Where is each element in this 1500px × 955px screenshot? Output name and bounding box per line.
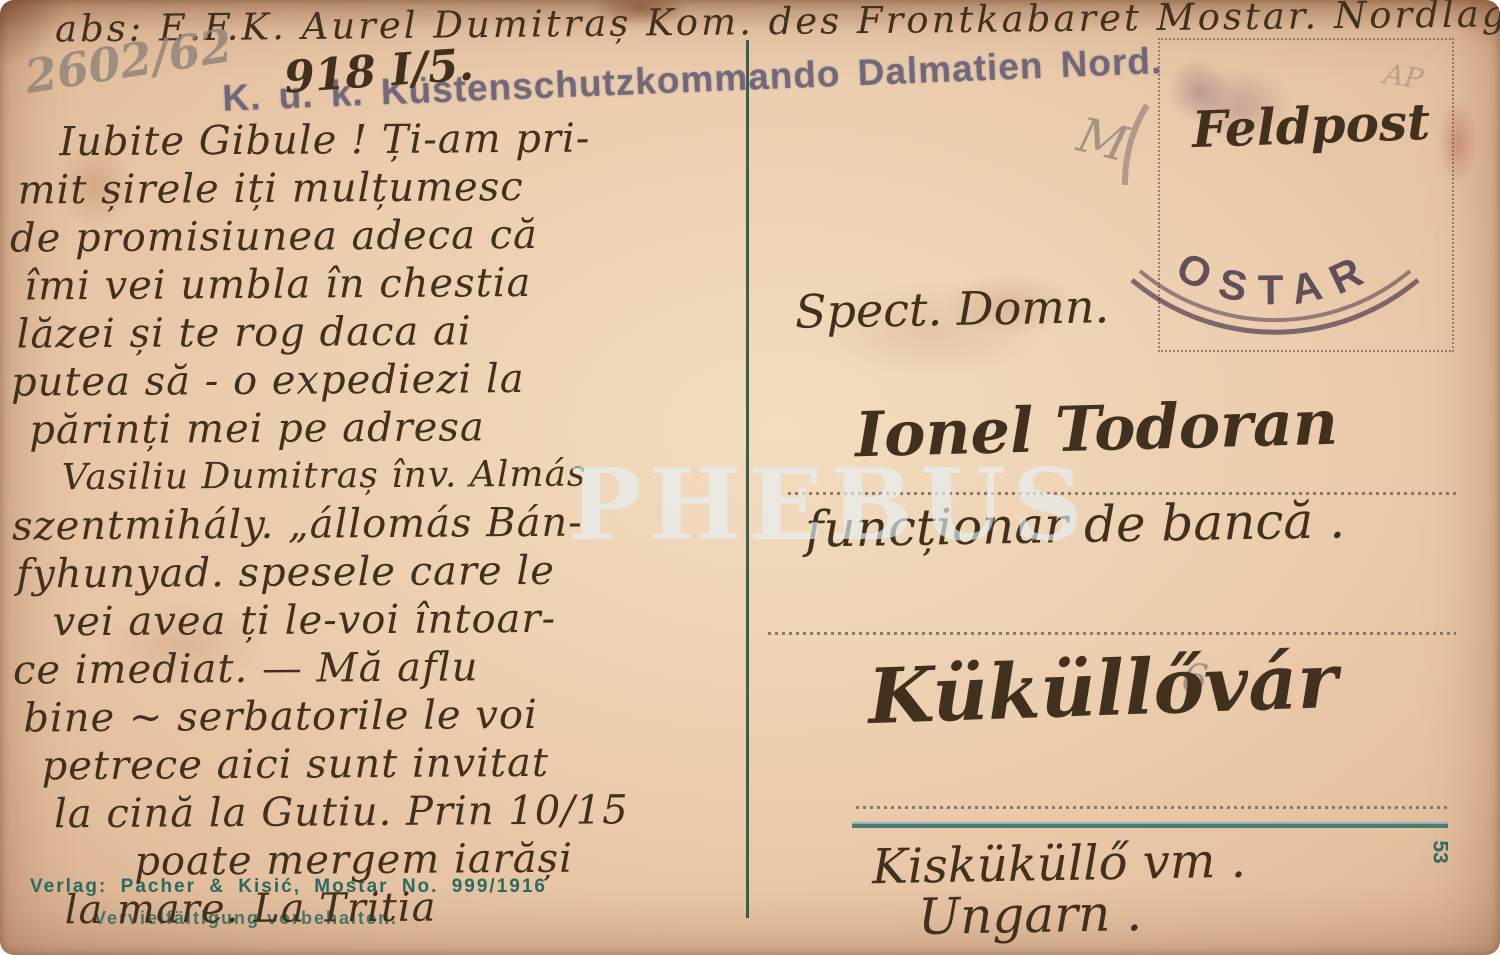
message-line: Iubite Gibule ! Ți-am pri- [9,113,751,166]
message-line: la cină la Gutiu. Prin 10/15 [14,785,756,838]
address-greeting: Spect. Domn. [795,279,1110,338]
message-line: mit șirele iți mulțumesc [9,161,751,214]
mostar-postmark: OSTAR [1095,35,1495,355]
plate-number: 53 [1428,840,1452,863]
message-line: vei avea ți le-voi întoar- [13,593,755,646]
feldpost-handwriting: Feldpost [1191,92,1431,159]
postmark-fragment-arc [1125,105,1147,185]
address-dotted-rule-3 [856,806,1450,809]
message-line: petrece aici sunt invitat [14,737,756,790]
message-line: îmi vei umbla în chestia [10,257,752,310]
message-line: putea să - o expediezi la [11,353,753,406]
message-line: bine ~ serbatorile le voi [13,689,755,742]
message-line: poate mergem iarăși [14,833,756,886]
message-line: de promisiunea adeca că [10,209,752,262]
message-line: ce imediat. — Mă aflu [13,641,755,694]
address-city: Küküllővár [867,636,1339,741]
address-solid-rule [852,822,1448,828]
postmark-town-text: OSTAR [1170,242,1382,314]
message-line: părinți mei pe adresa [11,401,753,454]
postcard-scan: abs: E.F.K. Aurel Dumitraș Kom. des Fron… [0,0,1500,955]
phebus-watermark: PHEBUS [568,448,1090,563]
message-line: la mare. La Tritia [15,881,757,934]
address-dotted-rule-2 [768,632,1456,635]
address-country: Ungarn . [918,884,1143,946]
message-line: lăzei și te rog daca ai [11,305,753,358]
